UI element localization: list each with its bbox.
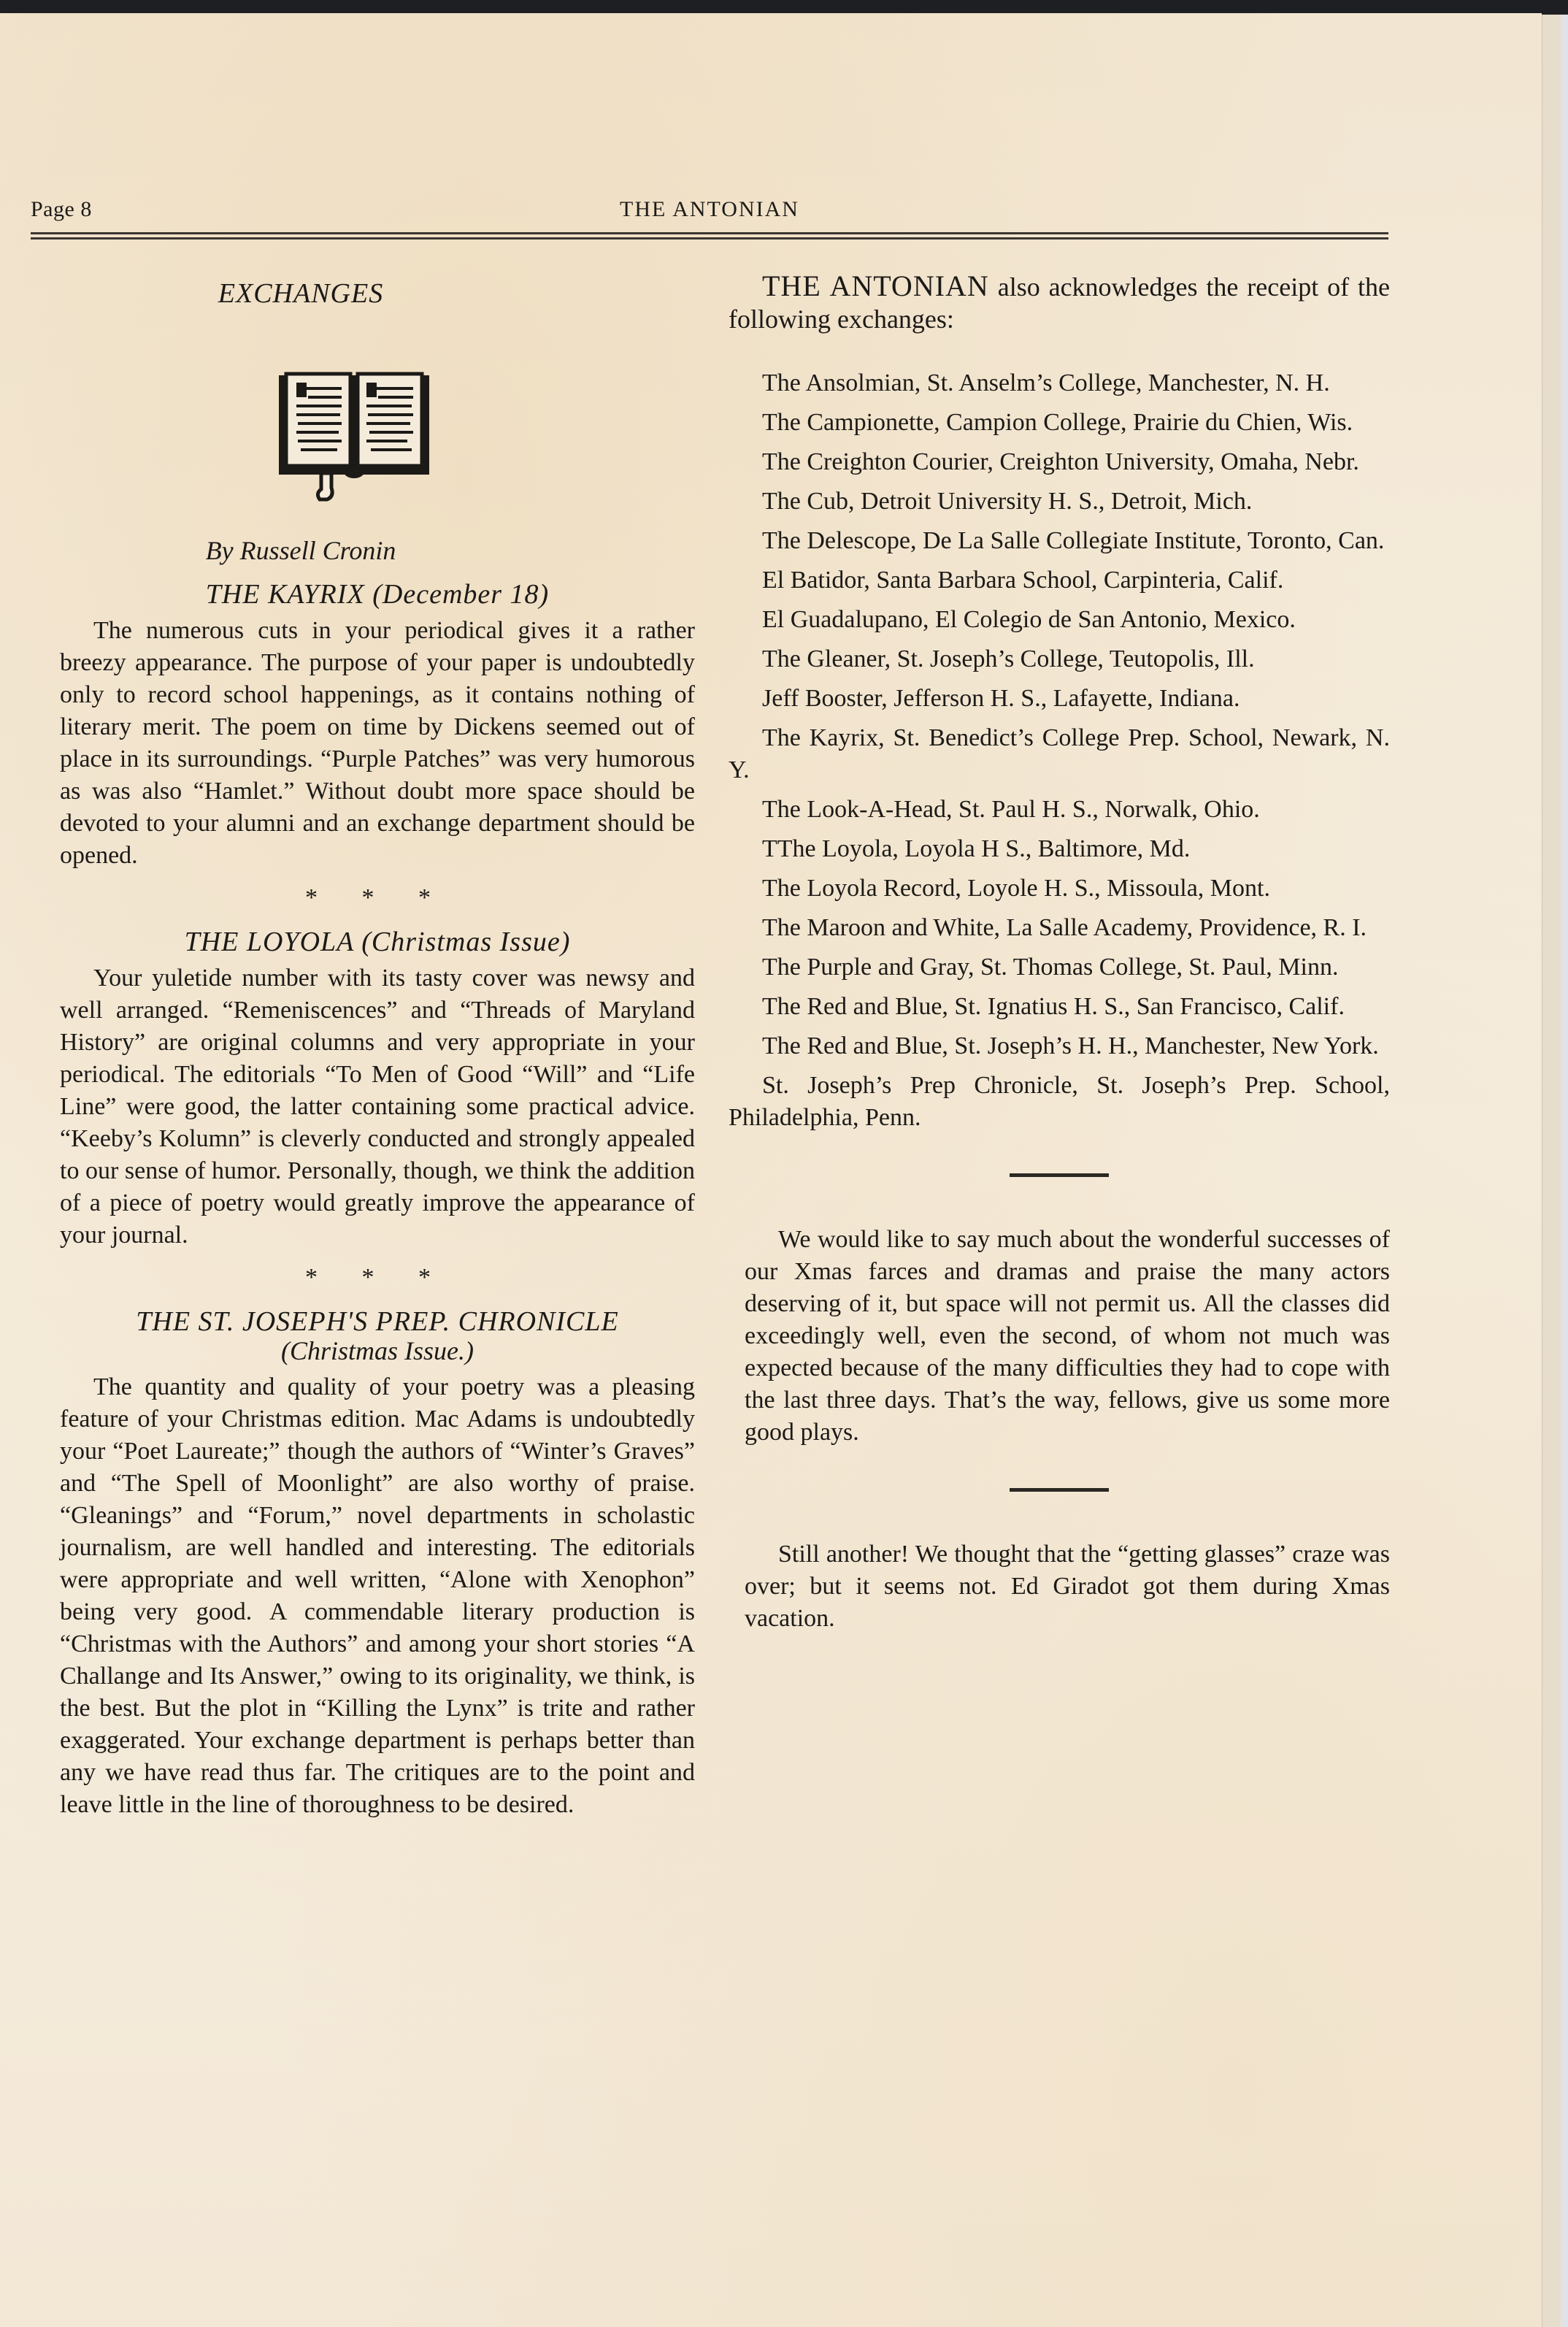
list-item: The Creighton Courier, Creighton Univers… bbox=[729, 446, 1390, 478]
list-item: St. Joseph’s Prep Chronicle, St. Joseph’… bbox=[729, 1070, 1390, 1134]
masthead: THE ANTONIAN bbox=[31, 197, 1388, 222]
exchanges-list: The Ansolmian, St. Anselm’s College, Man… bbox=[729, 367, 1390, 1134]
list-item: The Kayrix, St. Benedict’s College Prep.… bbox=[729, 722, 1390, 786]
exchanges-intro: THE ANTONIAN also acknowledges the recei… bbox=[729, 270, 1390, 335]
list-item: The Cub, Detroit University H. S., Detro… bbox=[729, 486, 1390, 518]
page-edge bbox=[1542, 15, 1561, 2327]
list-item: The Ansolmian, St. Anselm’s College, Man… bbox=[729, 367, 1390, 399]
list-item: The Delescope, De La Salle Collegiate In… bbox=[729, 525, 1390, 557]
list-item: The Gleaner, St. Joseph’s College, Teuto… bbox=[729, 643, 1390, 675]
list-item: The Purple and Gray, St. Thomas College,… bbox=[729, 951, 1390, 984]
review-title-loyola: THE LOYOLA (Christmas Issue) bbox=[60, 926, 695, 958]
open-book-icon bbox=[276, 367, 432, 502]
section-separator: * * * bbox=[60, 882, 695, 914]
list-item: The Red and Blue, St. Ignatius H. S., Sa… bbox=[729, 991, 1390, 1023]
page-header: Page 8 THE ANTONIAN bbox=[31, 197, 1388, 226]
header-double-rule bbox=[31, 232, 1388, 239]
section-separator: * * * bbox=[60, 1262, 695, 1294]
list-item: The Loyola Record, Loyole H. S., Missoul… bbox=[729, 873, 1390, 905]
list-item: The Look-A-Head, St. Paul H. S., Norwalk… bbox=[729, 794, 1390, 826]
review-title-chronicle: THE ST. JOSEPH'S PREP. CHRONICLE bbox=[60, 1306, 695, 1338]
divider-rule bbox=[1010, 1488, 1109, 1492]
byline: By Russell Cronin bbox=[60, 534, 542, 567]
list-item: The Campionette, Campion College, Prairi… bbox=[729, 407, 1390, 439]
review-body-kayrix: The numerous cuts in your periodical giv… bbox=[60, 615, 695, 872]
scanner-edge bbox=[1561, 15, 1568, 2327]
section-title: EXCHANGES bbox=[60, 277, 542, 310]
list-item: TThe Loyola, Loyola H S., Baltimore, Md. bbox=[729, 833, 1390, 865]
list-item: The Maroon and White, La Salle Academy, … bbox=[729, 912, 1390, 944]
note-xmas-plays: We would like to say much about the wond… bbox=[729, 1224, 1390, 1449]
list-item: Jeff Booster, Jefferson H. S., Lafayette… bbox=[729, 683, 1390, 715]
right-column: THE ANTONIAN also acknowledges the recei… bbox=[729, 270, 1390, 1635]
list-item: The Red and Blue, St. Joseph’s H. H., Ma… bbox=[729, 1030, 1390, 1062]
divider-rule bbox=[1010, 1173, 1109, 1177]
review-body-chronicle: The quantity and quality of your poetry … bbox=[60, 1371, 695, 1821]
review-title-kayrix: THE KAYRIX (December 18) bbox=[60, 578, 695, 610]
review-subtitle-chronicle: (Christmas Issue.) bbox=[60, 1335, 695, 1367]
intro-masthead: THE ANTONIAN bbox=[762, 269, 989, 302]
note-glasses: Still another! We thought that the “gett… bbox=[729, 1538, 1390, 1635]
review-body-loyola: Your yuletide number with its tasty cove… bbox=[60, 962, 695, 1251]
left-column: EXCHANGES By Russell Cronin THE KAYRIX (… bbox=[60, 270, 695, 1821]
list-item: El Batidor, Santa Barbara School, Carpin… bbox=[729, 564, 1390, 597]
list-item: El Guadalupano, El Colegio de San Antoni… bbox=[729, 604, 1390, 636]
